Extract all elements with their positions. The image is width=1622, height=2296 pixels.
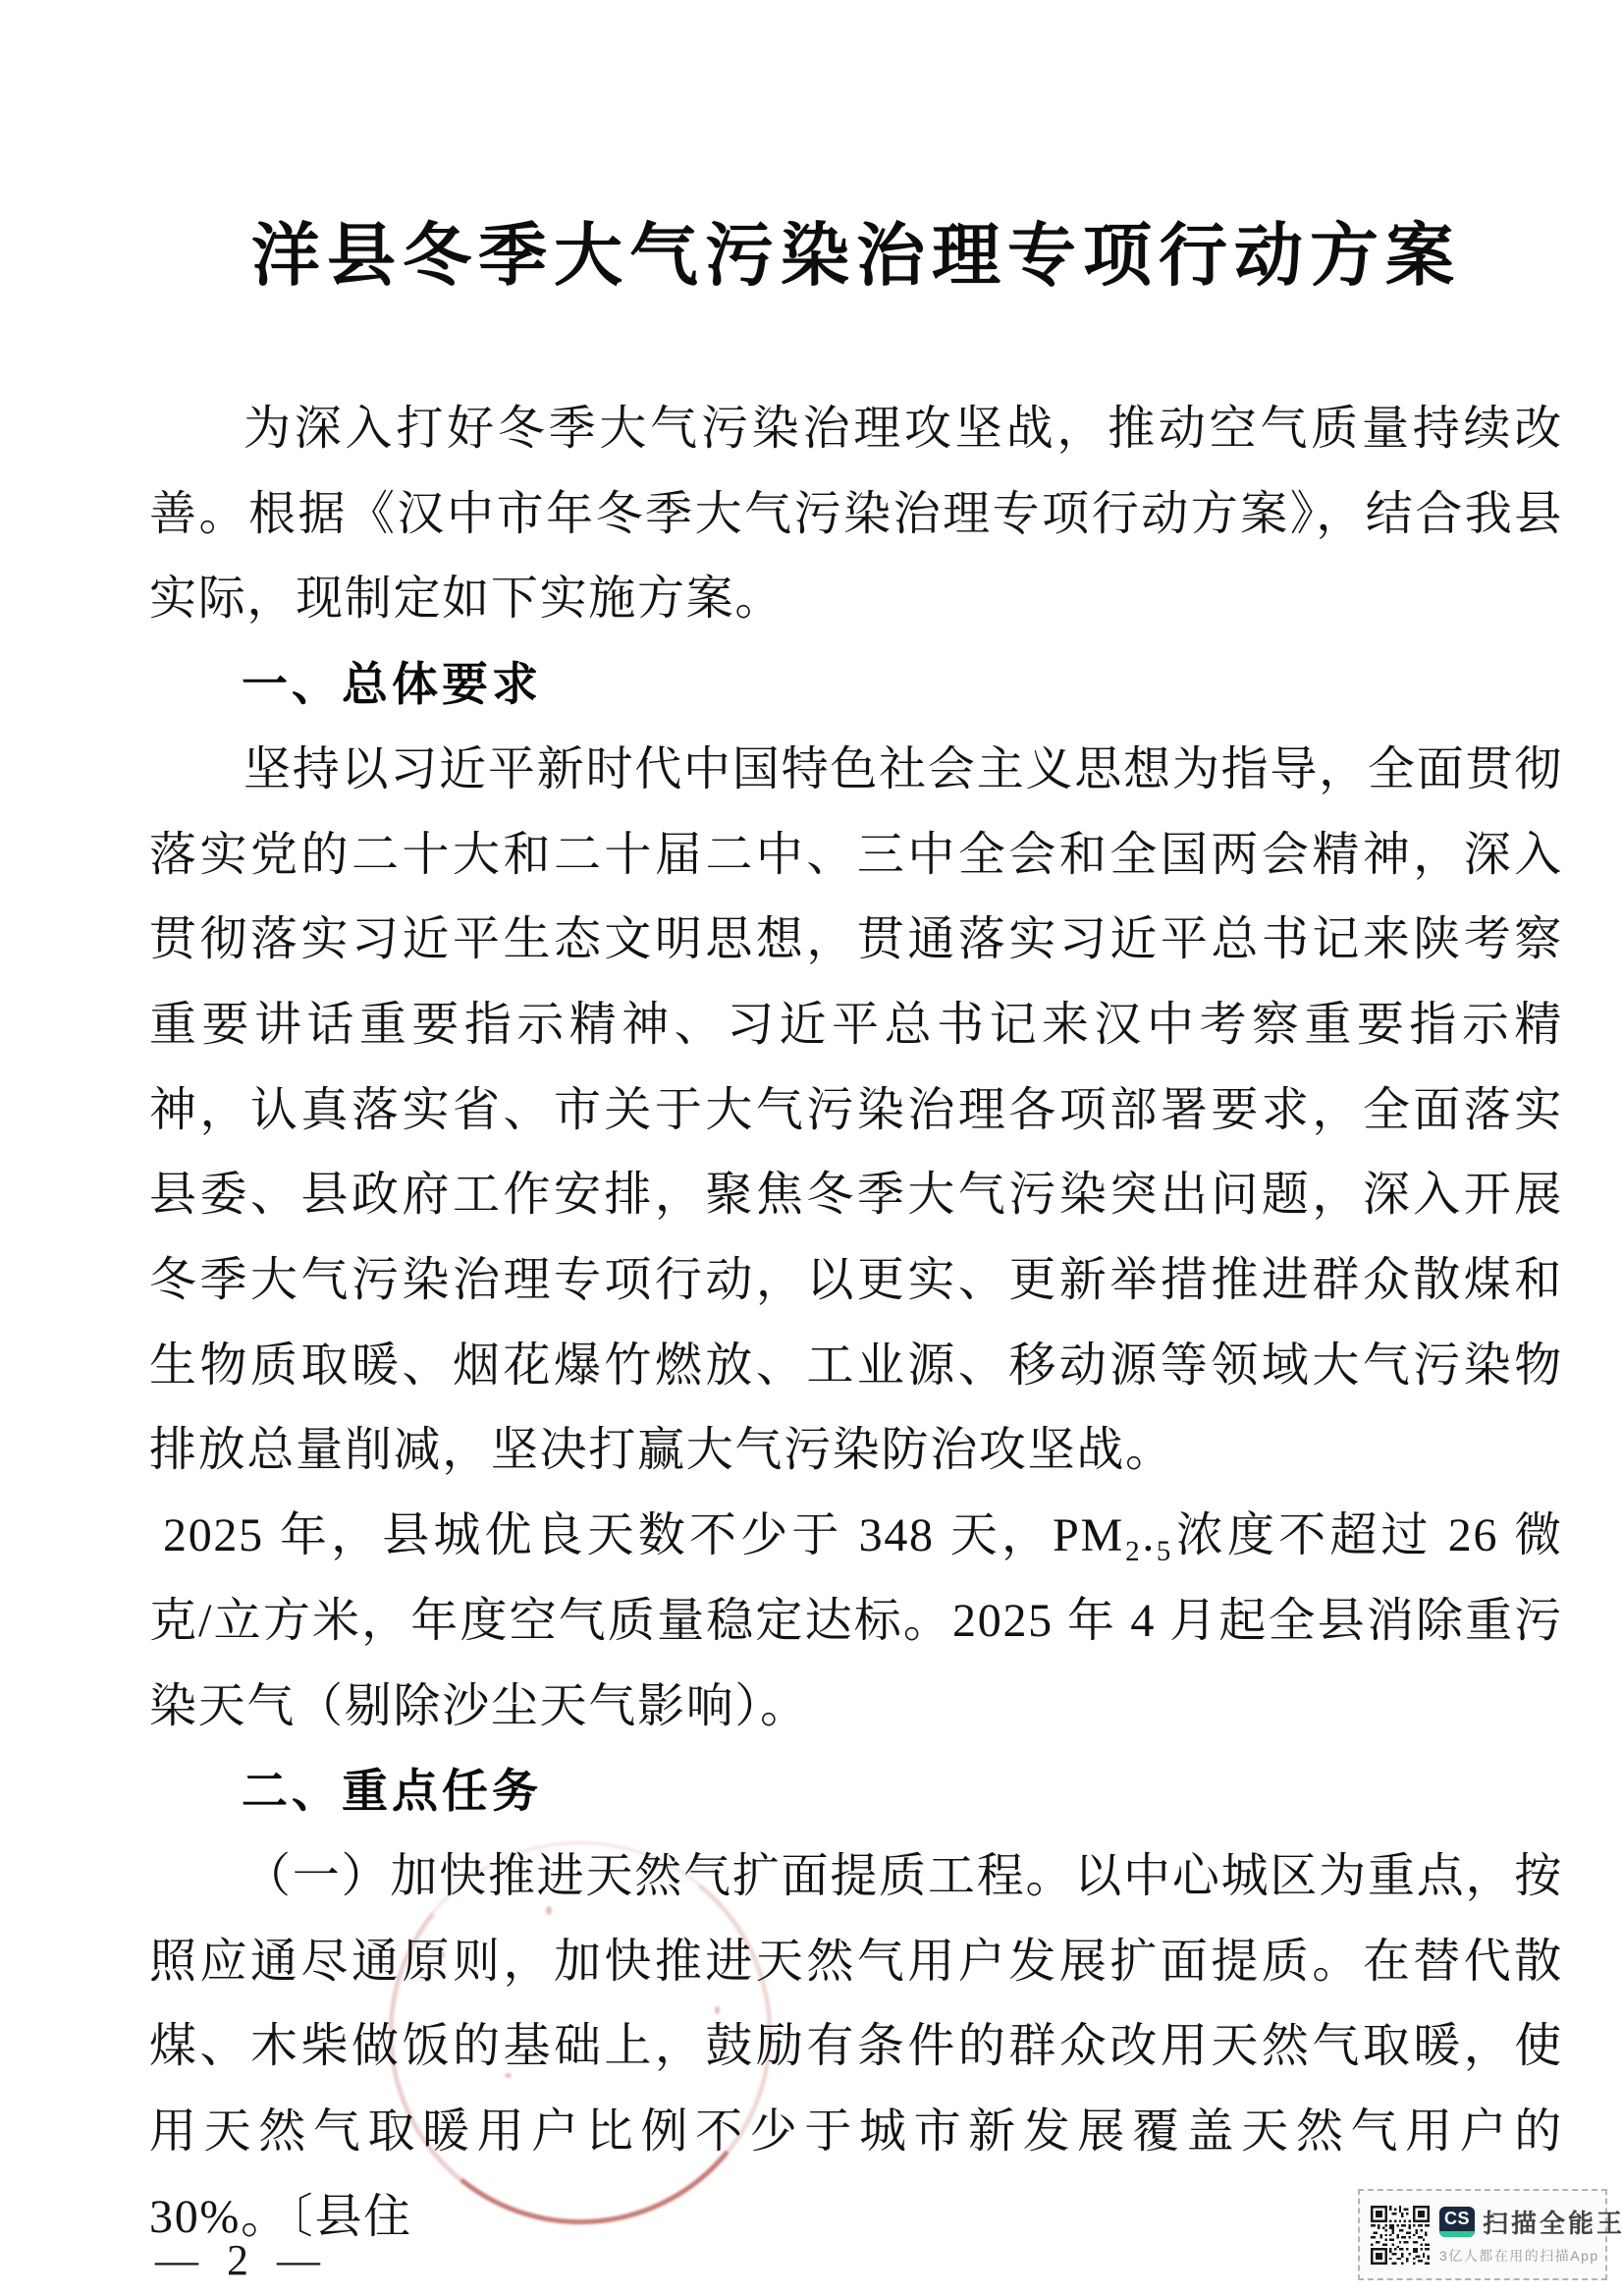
watermark-app-name: 扫描全能王: [1483, 2204, 1622, 2240]
watermark-tagline: 3亿人都在用的扫描App: [1439, 2246, 1622, 2266]
camscanner-logo-text: CS: [1439, 2207, 1475, 2231]
qr-code-icon: [1371, 2206, 1430, 2265]
paragraph-general-requirements: 坚持以习近平新时代中国特色社会主义思想为指导，全面贯彻落实党的二十大和二十届二中…: [149, 728, 1563, 1494]
paragraph-intro: 为深入打好冬季大气污染治理攻坚战，推动空气质量持续改善。根据《汉中市年冬季大气污…: [149, 387, 1563, 642]
page-number: — 2 —: [155, 2235, 322, 2285]
section-heading-2: 二、重点任务: [149, 1749, 1563, 1834]
paragraph-key-task-1: （一）加快推进天然气扩面提质工程。以中心城区为重点，按照应通尽通原则，加快推进天…: [149, 1834, 1563, 2261]
document-title: 洋县冬季大气污染治理专项行动方案: [149, 200, 1563, 300]
camscanner-watermark: CS 扫描全能王 3亿人都在用的扫描App: [1358, 2189, 1607, 2280]
document-body: 为深入打好冬季大气污染治理攻坚战，推动空气质量持续改善。根据《汉中市年冬季大气污…: [149, 387, 1563, 2260]
section-heading-1: 一、总体要求: [149, 642, 1563, 728]
document-page: 洋县冬季大气污染治理专项行动方案 为深入打好冬季大气污染治理攻坚战，推动空气质量…: [0, 0, 1622, 2296]
camscanner-logo-icon: CS: [1439, 2207, 1475, 2237]
paragraph-2025-targets: 2025 年，县城优良天数不少于 348 天，PM₂.₅浓度不超过 26 微克/…: [149, 1494, 1563, 1749]
